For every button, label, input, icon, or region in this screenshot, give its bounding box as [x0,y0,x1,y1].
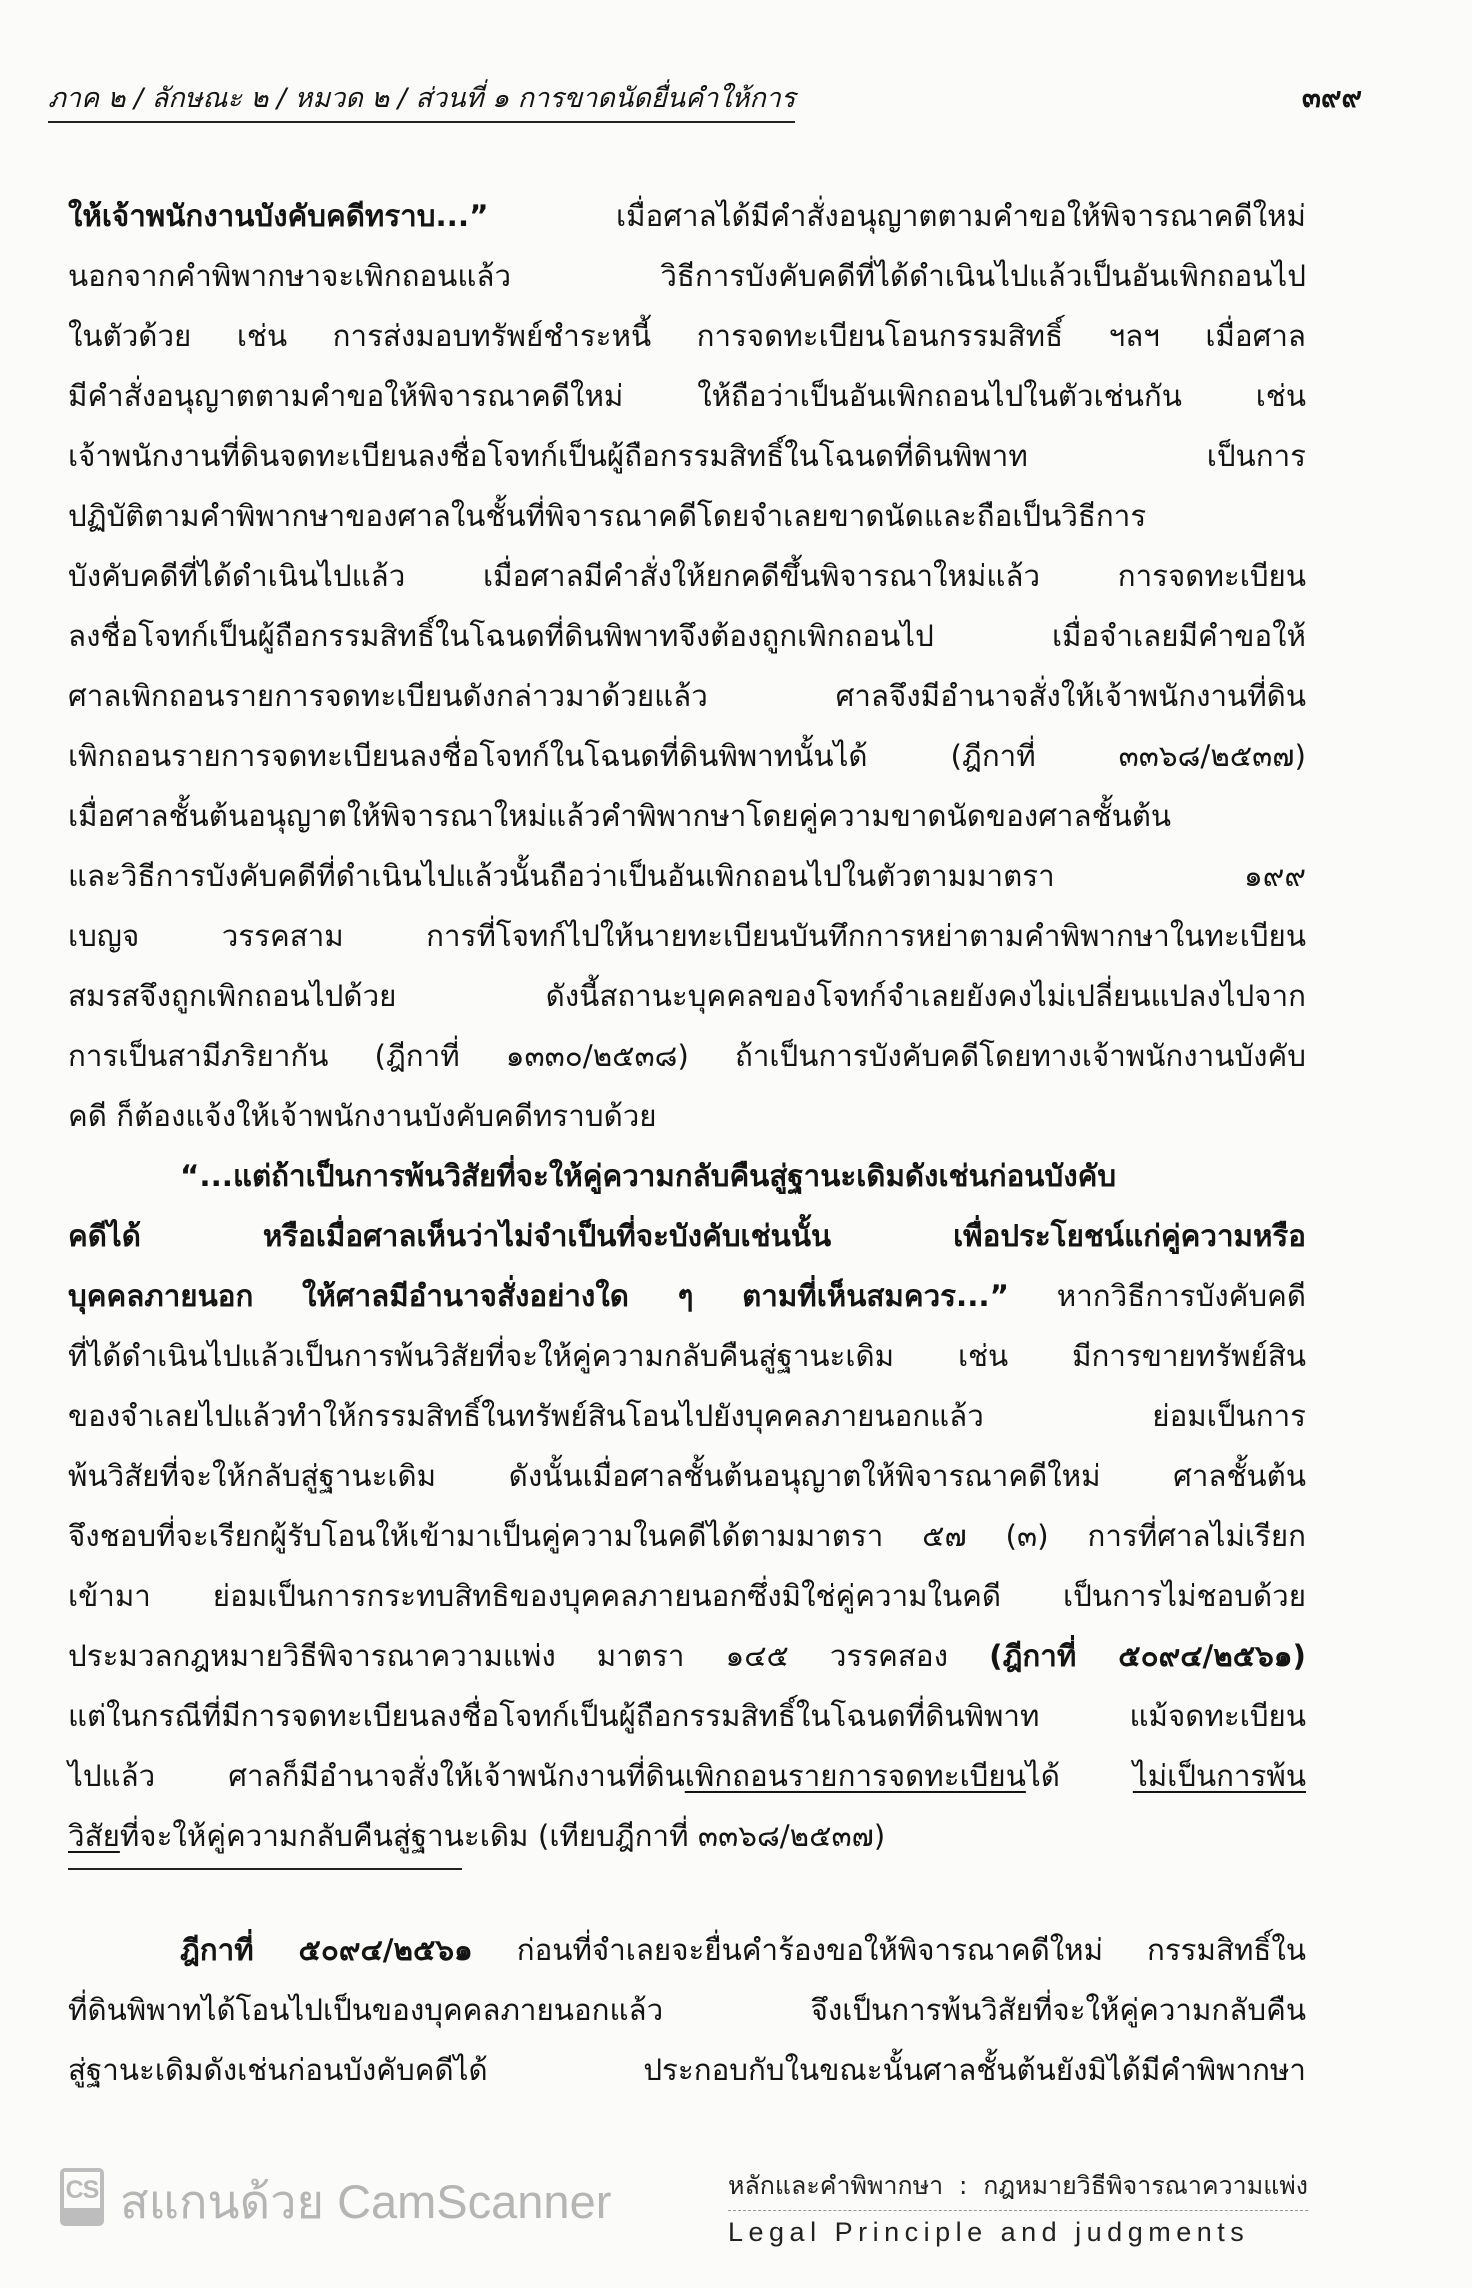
text-line: จึงชอบที่จะเรียกผู้รับโอนให้เข้ามาเป็นคู… [68,1506,1306,1566]
book-title-english: Legal Principle and judgments [728,2217,1308,2248]
text-line: เข้ามา ย่อมเป็นการกระทบสิทธิของบุคคลภายน… [68,1566,1306,1626]
text-line: เมื่อศาลชั้นต้นอนุญาตให้พิจารณาใหม่แล้วค… [68,786,1306,846]
text-line: และวิธีการบังคับคดีที่ดำเนินไปแล้วนั้นถื… [68,846,1306,906]
text-line: บังคับคดีที่ได้ดำเนินไปแล้ว เมื่อศาลมีคำ… [68,546,1306,606]
quoted-statute-bold: “...แต่ถ้าเป็นการพ้นวิสัยที่จะให้คู่ความ… [68,1146,1306,1206]
page-footer: CS สแกนด้วย CamScanner หลักและคำพิพากษา … [0,2130,1472,2260]
text-line: ไปแล้ว ศาลก็มีอำนาจสั่งให้เจ้าพนักงานที่… [68,1746,1306,1806]
text-line: ให้เจ้าพนักงานบังคับคดีทราบ...” เมื่อศาล… [68,186,1306,246]
scanner-watermark: สแกนด้วย CamScanner [120,2164,611,2239]
book-title-thai: หลักและคำพิพากษา : กฎหมายวิธีพิจารณาความ… [728,2166,1308,2211]
underlined-phrase: ไม่เป็นการพ้น [1133,1759,1306,1793]
footnote: ฎีกาที่ ๕๐๙๔/๒๕๖๑ ก่อนที่จำเลยจะยื่นคำร้… [68,1920,1306,2100]
camscanner-logo-icon: CS [60,2168,104,2226]
footnote-divider [68,1868,462,1870]
text-line: เบญจ วรรคสาม การที่โจทก์ไปให้นายทะเบียนบ… [68,906,1306,966]
text-line: พ้นวิสัยที่จะให้กลับสู่ฐานะเดิม ดังนั้นเ… [68,1446,1306,1506]
page-number: ๓๙๙ [1302,76,1362,120]
underlined-phrase: เพิกถอนรายการจดทะเบียน [685,1759,1026,1793]
text-line: คดี ก็ต้องแจ้งให้เจ้าพนักงานบังคับคดีทรา… [68,1086,1306,1146]
footnote-line: สู่ฐานะเดิมดังเช่นก่อนบังคับคดีได้ ประกอ… [68,2040,1306,2100]
quoted-statute-bold: ให้เจ้าพนักงานบังคับคดีทราบ...” [68,199,488,233]
text-line: มีคำสั่งอนุญาตตามคำขอให้พิจารณาคดีใหม่ ใ… [68,366,1306,426]
body-text: ให้เจ้าพนักงานบังคับคดีทราบ...” เมื่อศาล… [68,186,1306,1866]
text-line: สมรสจึงถูกเพิกถอนไปด้วย ดังนี้สถานะบุคคล… [68,966,1306,1026]
text-line: บุคคลภายนอก ให้ศาลมีอำนาจสั่งอย่างใด ๆ ต… [68,1266,1306,1326]
text-line: เพิกถอนรายการจดทะเบียนลงชื่อโจทก์ในโฉนดท… [68,726,1306,786]
text-line: ศาลเพิกถอนรายการจดทะเบียนดังกล่าวมาด้วยแ… [68,666,1306,726]
text-line: วิสัยที่จะให้คู่ความกลับคืนสู่ฐานะเดิม (… [68,1806,1306,1866]
case-reference-bold: ฎีกาที่ ๕๐๙๔/๒๕๖๑ [180,1933,473,1967]
running-head: ภาค ๒ / ลักษณะ ๒ / หมวด ๒ / ส่วนที่ ๑ กา… [48,76,795,123]
text-line: แต่ในกรณีที่มีการจดทะเบียนลงชื่อโจทก์เป็… [68,1686,1306,1746]
text-line: นอกจากคำพิพากษาจะเพิกถอนแล้ว วิธีการบังค… [68,246,1306,306]
text-line: ปฏิบัติตามคำพิพากษาของศาลในชั้นที่พิจารณ… [68,486,1306,546]
underlined-phrase: วิสัย [68,1819,120,1853]
text-line: ประมวลกฎหมายวิธีพิจารณาความแพ่ง มาตรา ๑๔… [68,1626,1306,1686]
footnote-line: ฎีกาที่ ๕๐๙๔/๒๕๖๑ ก่อนที่จำเลยจะยื่นคำร้… [68,1920,1306,1980]
case-reference-bold: (ฎีกาที่ ๕๐๙๔/๒๕๖๑) [989,1639,1306,1673]
text-line: ลงชื่อโจทก์เป็นผู้ถือกรรมสิทธิ์ในโฉนดที่… [68,606,1306,666]
text-line: เจ้าพนักงานที่ดินจดทะเบียนลงชื่อโจทก์เป็… [68,426,1306,486]
text-line: ของจำเลยไปแล้วทำให้กรรมสิทธิ์ในทรัพย์สิน… [68,1386,1306,1446]
quoted-statute-bold: คดีได้ หรือเมื่อศาลเห็นว่าไม่จำเป็นที่จะ… [68,1206,1306,1266]
book-title: หลักและคำพิพากษา : กฎหมายวิธีพิจารณาความ… [728,2166,1308,2248]
text-line: การเป็นสามีภริยากัน (ฎีกาที่ ๑๓๓๐/๒๕๓๘) … [68,1026,1306,1086]
text-line: ที่ได้ดำเนินไปแล้วเป็นการพ้นวิสัยที่จะให… [68,1326,1306,1386]
quoted-statute-bold: บุคคลภายนอก ให้ศาลมีอำนาจสั่งอย่างใด ๆ ต… [68,1279,1009,1313]
footnote-line: ที่ดินพิพาทได้โอนไปเป็นของบุคคลภายนอกแล้… [68,1980,1306,2040]
text-line: ในตัวด้วย เช่น การส่งมอบทรัพย์ชำระหนี้ ก… [68,306,1306,366]
